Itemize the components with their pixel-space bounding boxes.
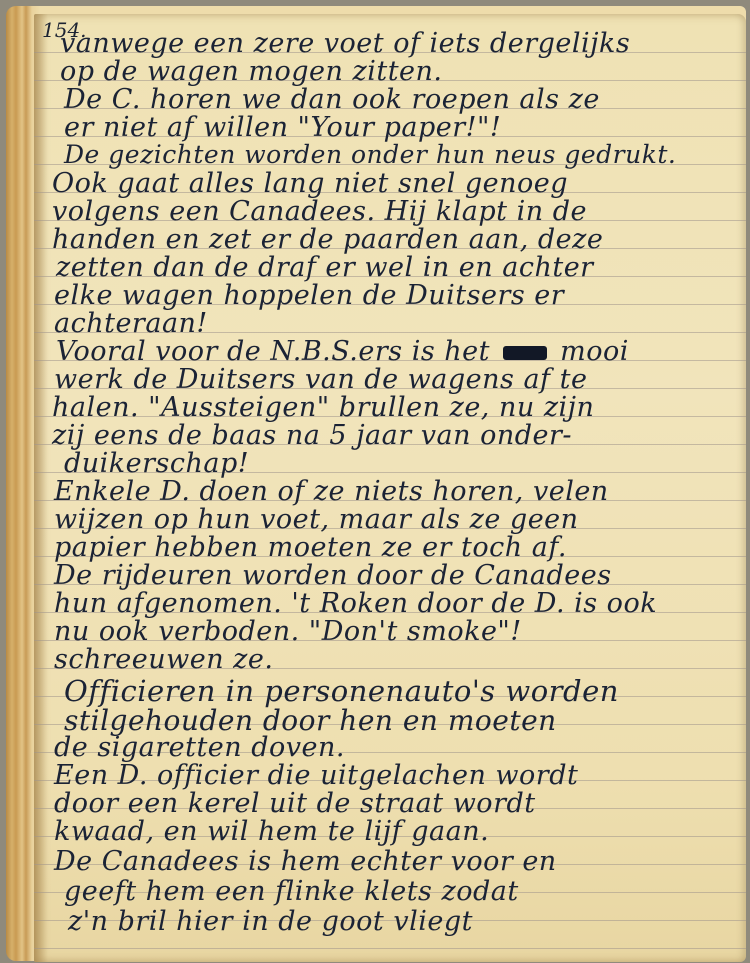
handwritten-line: werk de Duitsers van de wagens af te: [54, 364, 587, 395]
handwritten-line: Ook gaat alles lang niet snel genoeg: [52, 168, 568, 199]
handwritten-line: volgens een Canadees. Hij klapt in de: [52, 196, 587, 227]
line-text-after-redaction: mooi: [551, 336, 629, 367]
handwritten-line: De Canadees is hem echter voor en: [54, 846, 557, 877]
handwritten-line: De rijdeuren worden door de Canadees: [54, 560, 612, 591]
handwritten-line: Enkele D. doen of ze niets horen, velen: [54, 476, 609, 507]
handwritten-line: halen. "Aussteigen" brullen ze, nu zijn: [52, 392, 594, 423]
handwritten-line: duikerschap!: [64, 448, 249, 479]
handwritten-line: z'n bril hier in de goot vliegt: [68, 906, 473, 937]
handwritten-line: geeft hem een flinke klets zodat: [64, 876, 519, 907]
line-text-before-redaction: Vooral voor de N.B.S.ers is het: [56, 336, 499, 367]
handwritten-line: hun afgenomen. 't Roken door de D. is oo…: [54, 588, 657, 619]
handwritten-line: papier hebben moeten ze er toch af.: [54, 532, 567, 563]
rule-line: [34, 948, 746, 949]
handwritten-line: handen en zet er de paarden aan, deze: [52, 224, 603, 255]
handwritten-line: schreeuwen ze.: [54, 644, 273, 675]
handwritten-line: De C. horen we dan ook roepen als ze: [64, 84, 600, 115]
handwritten-line: wijzen op hun voet, maar als ze geen: [54, 504, 579, 535]
handwritten-line: elke wagen hoppelen de Duitsers er: [54, 280, 564, 311]
notebook-page: 154. vanwege een zere voet of iets derge…: [34, 14, 746, 962]
handwritten-line: nu ook verboden. "Don't smoke"!: [54, 616, 522, 647]
handwritten-line: Een D. officier die uitgelachen wordt: [54, 760, 578, 791]
handwritten-line: De gezichten worden onder hun neus gedru…: [64, 140, 676, 169]
handwritten-line: zij eens de baas na 5 jaar van onder-: [52, 420, 572, 451]
handwritten-line: kwaad, en wil hem te lijf gaan.: [54, 816, 489, 847]
redaction-mark: [503, 346, 547, 360]
handwritten-line: de sigaretten doven.: [54, 732, 345, 763]
handwritten-line: Officieren in personenauto's worden: [64, 674, 619, 708]
handwritten-line: vanwege een zere voet of iets dergelijks: [60, 28, 630, 59]
handwritten-line: op de wagen mogen zitten.: [60, 56, 443, 87]
gutter-shadow: [34, 14, 48, 962]
handwritten-line: zetten dan de draf er wel in en achter: [56, 252, 594, 283]
handwritten-line: er niet af willen "Your paper!"!: [64, 112, 501, 143]
handwritten-line: door een kerel uit de straat wordt: [54, 788, 536, 819]
handwritten-line-with-redaction: Vooral voor de N.B.S.ers is het mooi: [56, 336, 629, 367]
handwritten-line: achteraan!: [54, 308, 208, 339]
